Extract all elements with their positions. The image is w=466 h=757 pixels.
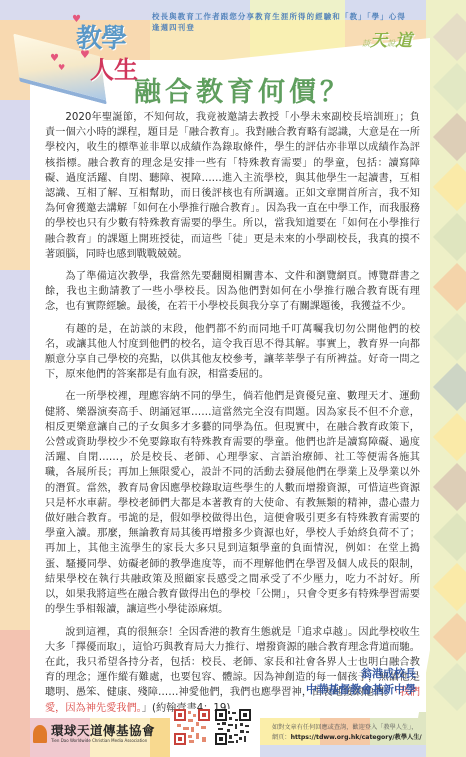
diamond-pattern	[426, 0, 466, 757]
column-logo-talk-heaven: 談天說道	[362, 26, 412, 51]
author-signature: 翁港成校長 中華基督教會基新中學	[306, 666, 416, 698]
bg-block	[0, 270, 30, 360]
footer-url-link[interactable]: https://tdww.org.hk/category/教學人生/	[291, 734, 422, 741]
bg-block	[0, 630, 30, 757]
bg-block	[0, 360, 30, 450]
org-name-en: Tien Dao Worldwide Christian Media Assoc…	[51, 738, 155, 743]
footer-note-line1: 如對文章有任何回應或查詢，歡迎登入「教學人生」，	[272, 723, 422, 733]
heart-icon: ♥	[58, 63, 65, 72]
paragraph: 有趣的是，在訪談的末段，他們都不約而同地千叮萬囑我切勿公開他們的校名，或讓其他人…	[45, 322, 420, 383]
column-logo-teaching-life: ♥ ♥ ♥ ♥ 教學 人生	[10, 8, 140, 103]
article-title: 融合教育何價？	[134, 70, 351, 109]
flame-logo-icon	[33, 725, 47, 743]
tagline-line1: 校長與教育工作者跟您分享教育生涯所得的經驗和「教」「學」心得	[152, 11, 452, 22]
logo-char: 天	[370, 31, 387, 51]
footer-note: 如對文章有任何回應或查詢，歡迎登入「教學人生」， 網頁：https://tdww…	[272, 723, 422, 742]
author-school: 中華基督教會基新中學	[306, 682, 416, 698]
logo-title-line2: 人生	[90, 50, 138, 85]
bg-block	[0, 180, 30, 270]
paragraph: 為了準備這次教學，我當然先要翻閱相關書本、文件和瀏覽網頁。博覽群書之餘，我也主動…	[45, 269, 420, 315]
logo-char: 道	[395, 31, 412, 51]
logo-char: 說	[387, 39, 395, 48]
paragraph: 2020年聖誕節，不知何故，我竟被邀請去教授「小學未來副校長培訓班」；負責一個六…	[45, 110, 420, 262]
paragraph: 在一所學校裡，理應容納不同的學生，倘若他們是資優兒童、數理天才、運動健將、樂器演…	[45, 389, 420, 617]
qr-code-icon[interactable]	[215, 709, 251, 745]
author-name: 翁港成校長	[306, 666, 416, 682]
org-logo: 環球天道傳基協會 Tien Dao Worldwide Christian Me…	[33, 724, 155, 743]
footer-url-label: 網頁：	[272, 734, 291, 741]
bg-block	[0, 450, 30, 540]
org-name: 環球天道傳基協會	[51, 724, 155, 738]
scripture-quote-close: 」	[142, 703, 152, 714]
article-body: 2020年聖誕節，不知何故，我竟被邀請去教授「小學未來副校長培訓班」；負責一個六…	[45, 110, 420, 723]
logo-char: 談	[362, 39, 370, 48]
bg-block	[0, 100, 30, 180]
bg-block	[0, 540, 30, 630]
qr-code-icon[interactable]	[174, 709, 210, 745]
